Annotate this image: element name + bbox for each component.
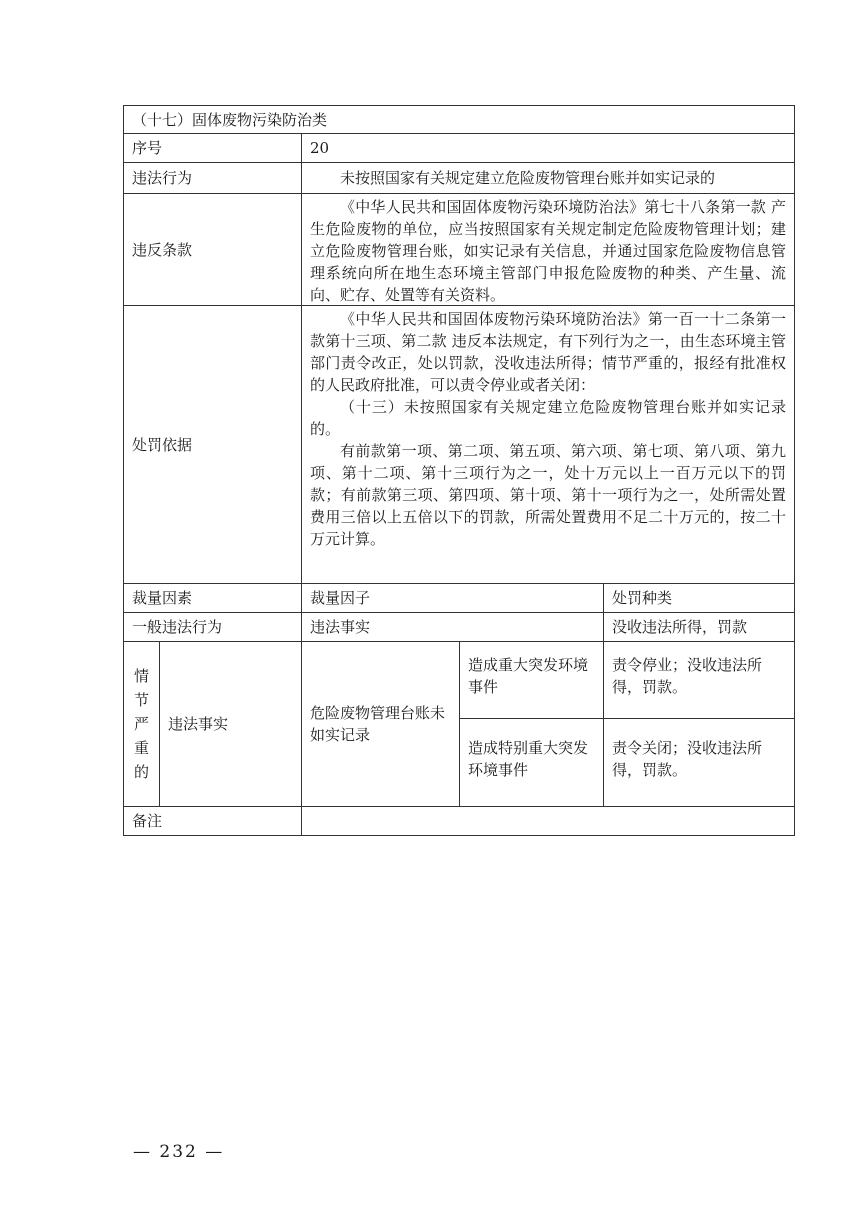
category-text: （十七）固体废物污染防治类 — [132, 109, 327, 131]
penalty-basis-paragraph: 有前款第一项、第二项、第五项、第六项、第七项、第八项、第九项、第十二项、第十三项… — [310, 440, 786, 550]
penalty-basis-paragraph: 《中华人民共和国固体废物污染环境防治法》第一百一十二条第一款第十三项、第二款 违… — [310, 308, 786, 396]
penalty-text: 责令停业；没收违法所得，罚款。 — [612, 656, 762, 696]
violation-value-cell: 未按照国家有关规定建立危险废物管理台账并如实记录的 — [301, 162, 795, 194]
page-number: — 232 — — [133, 1142, 224, 1162]
serious-penalty-cell: 责令停业；没收违法所得，罚款。 — [603, 641, 795, 719]
sub-factor-header-text: 裁量因子 — [310, 587, 370, 609]
penalty-type-header: 处罚种类 — [603, 583, 795, 613]
factor-header-text: 裁量因素 — [132, 587, 192, 609]
serious-condition-cell: 造成特别重大突发环境事件 — [459, 718, 604, 807]
penalty-text: 责令关闭；没收违法所得，罚款。 — [612, 739, 762, 779]
violation-label: 违法行为 — [132, 167, 192, 189]
general-penalty-cell: 没收违法所得，罚款 — [603, 612, 795, 642]
remarks-value-cell — [301, 806, 795, 836]
factor-header: 裁量因素 — [123, 583, 302, 613]
penalty-basis-label: 处罚依据 — [132, 434, 192, 456]
clause-text-cell: 《中华人民共和国固体废物污染环境防治法》第七十八条第一款 产生危险废物的单位，应… — [301, 193, 795, 306]
remarks-label-cell: 备注 — [123, 806, 302, 836]
sub-factor-header: 裁量因子 — [301, 583, 604, 613]
clause-text: 《中华人民共和国固体废物污染环境防治法》第七十八条第一款 产生危险废物的单位，应… — [310, 196, 786, 306]
general-factor-cell: 一般违法行为 — [123, 612, 302, 642]
condition-text: 造成特别重大突发环境事件 — [468, 739, 588, 779]
penalty-basis-text-cell: 《中华人民共和国固体废物污染环境防治法》第一百一十二条第一款第十三项、第二款 违… — [301, 305, 795, 584]
remarks-label: 备注 — [132, 810, 162, 832]
serious-condition-cell: 造成重大突发环境事件 — [459, 641, 604, 719]
discretion-table: （十七）固体废物污染防治类 序号 20 违法行为 未按照国家有关规定建立危险废物… — [123, 105, 795, 836]
serious-sub-factor-text: 违法事实 — [168, 713, 228, 735]
general-sub-factor-text: 违法事实 — [310, 616, 370, 638]
category-title: （十七）固体废物污染防治类 — [123, 105, 795, 134]
serial-value-cell: 20 — [301, 133, 795, 163]
violation-label-cell: 违法行为 — [123, 162, 302, 194]
general-sub-factor-cell: 违法事实 — [301, 612, 604, 642]
serious-label: 情 节 严 重 的 — [133, 664, 151, 784]
penalty-basis-paragraph: （十三）未按照国家有关规定建立危险废物管理台账并如实记录的。 — [310, 396, 786, 440]
serious-sub-factor-cell: 违法事实 — [159, 641, 302, 807]
condition-text: 造成重大突发环境事件 — [468, 656, 588, 696]
serial-label: 序号 — [132, 137, 162, 159]
serious-label-cell: 情 节 严 重 的 — [123, 641, 160, 807]
serious-fact-cell: 危险废物管理台账未如实记录 — [301, 641, 460, 807]
penalty-basis-label-cell: 处罚依据 — [123, 305, 302, 584]
serious-fact-text: 危险废物管理台账未如实记录 — [310, 702, 451, 746]
serial-value: 20 — [310, 137, 329, 159]
general-factor-text: 一般违法行为 — [132, 616, 222, 638]
serial-label-cell: 序号 — [123, 133, 302, 163]
clause-label: 违反条款 — [132, 239, 192, 261]
serious-penalty-cell: 责令关闭；没收违法所得，罚款。 — [603, 718, 795, 807]
general-penalty-text: 没收违法所得，罚款 — [612, 616, 747, 638]
penalty-type-header-text: 处罚种类 — [612, 587, 672, 609]
violation-value: 未按照国家有关规定建立危险废物管理台账并如实记录的 — [340, 167, 715, 189]
clause-label-cell: 违反条款 — [123, 193, 302, 306]
